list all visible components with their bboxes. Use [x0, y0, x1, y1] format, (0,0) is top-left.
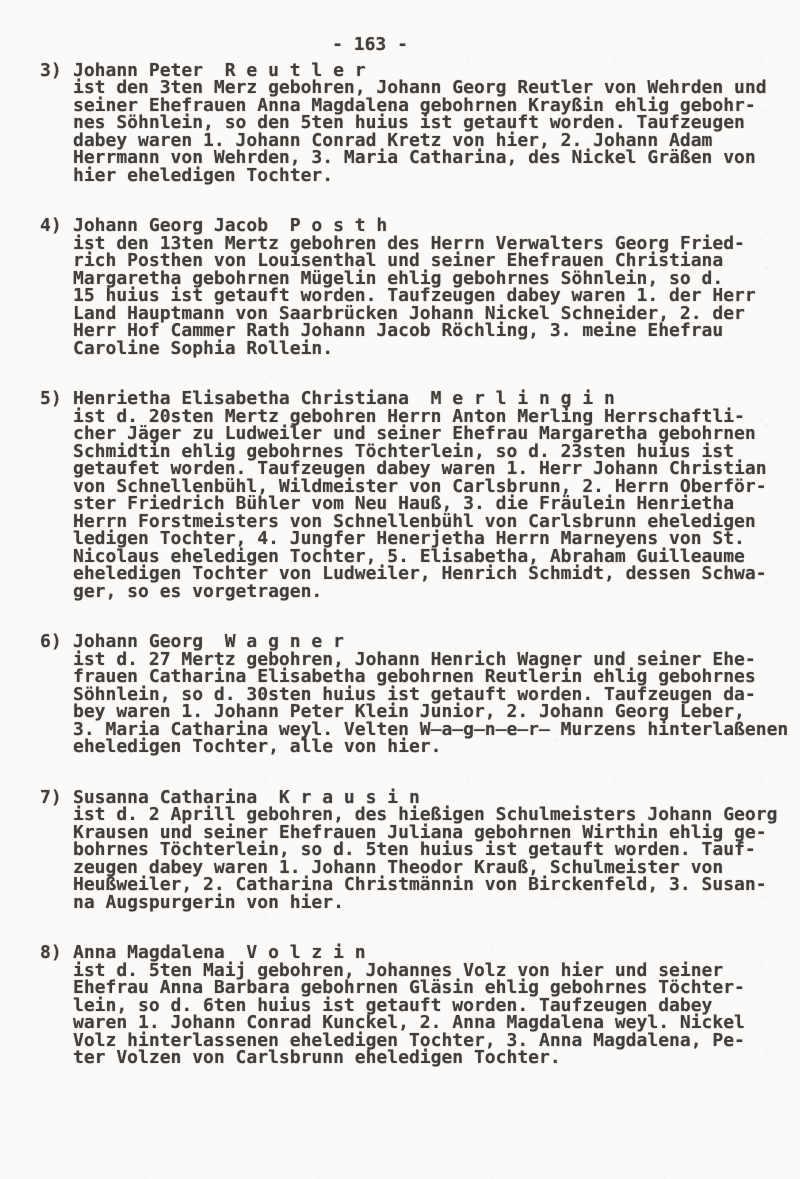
- entry-body: ist d. 27 Mertz gebohren, Johann Henrich…: [73, 651, 800, 756]
- entry-number: 3): [40, 62, 73, 80]
- entry-number: 7): [40, 789, 73, 807]
- entry-body: ist den 13ten Mertz gebohren des Herrn V…: [73, 235, 800, 358]
- page-number: - 163 -: [0, 36, 800, 54]
- entry-heading: Henrietha Elisabetha Christiana M e r l …: [73, 390, 800, 408]
- register-entry: 7) Susanna Catharina K r a u s i n ist d…: [0, 789, 800, 912]
- entry-content: Anna Magdalena V o l z i n ist d. 5ten M…: [73, 944, 800, 1067]
- entry-heading: Johann Georg W a g n e r: [73, 633, 800, 651]
- entry-content: Johann Georg Jacob P o s t h ist den 13t…: [73, 217, 800, 357]
- register-entry: 3) Johann Peter R e u t l e r ist den 3t…: [0, 62, 800, 185]
- entry-content: Henrietha Elisabetha Christiana M e r l …: [73, 390, 800, 600]
- register-entry: 8) Anna Magdalena V o l z i n ist d. 5te…: [0, 944, 800, 1067]
- entry-number: 5): [40, 390, 73, 408]
- entry-number: 8): [40, 944, 73, 962]
- entry-body: ist den 3ten Merz gebohren, Johann Georg…: [73, 79, 800, 184]
- entry-content: Johann Georg W a g n e r ist d. 27 Mertz…: [73, 633, 800, 756]
- register-entry: 5) Henrietha Elisabetha Christiana M e r…: [0, 390, 800, 600]
- entry-number: 6): [40, 633, 73, 651]
- entry-number: 4): [40, 217, 73, 235]
- entry-body: ist d. 5ten Maij gebohren, Johannes Volz…: [73, 962, 800, 1067]
- entry-heading: Johann Georg Jacob P o s t h: [73, 217, 800, 235]
- register-entry: 4) Johann Georg Jacob P o s t h ist den …: [0, 217, 800, 357]
- register-entry: 6) Johann Georg W a g n e r ist d. 27 Me…: [0, 633, 800, 756]
- entry-body: ist d. 2 Aprill gebohren, des hießigen S…: [73, 806, 800, 911]
- scanned-register-page: - 163 - 3) Johann Peter R e u t l e r is…: [0, 0, 800, 1179]
- entry-body: ist d. 20sten Mertz gebohren Herrn Anton…: [73, 408, 800, 601]
- entry-content: Johann Peter R e u t l e r ist den 3ten …: [73, 62, 800, 185]
- entry-content: Susanna Catharina K r a u s i n ist d. 2…: [73, 789, 800, 912]
- entry-heading: Anna Magdalena V o l z i n: [73, 944, 800, 962]
